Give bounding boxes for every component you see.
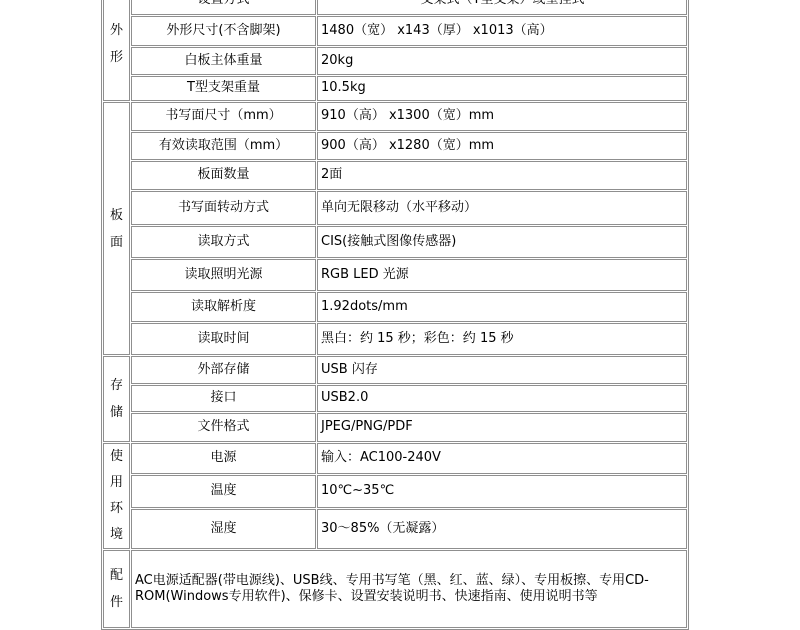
value-panel-movement: 单向无限移动（水平移动） bbox=[317, 191, 687, 225]
row-setup-method: 外形 设置方式 支架式（T型支架）或壁挂式 bbox=[103, 0, 687, 15]
label-power: 电源 bbox=[131, 443, 316, 474]
label-panel-movement: 书写面转动方式 bbox=[131, 191, 316, 225]
row-scan-time: 读取时间 黑白：约 15 秒；彩色：约 15 秒 bbox=[103, 323, 687, 355]
value-temperature: 10℃~35℃ bbox=[317, 475, 687, 508]
label-panel-count: 板面数量 bbox=[131, 161, 316, 190]
value-panel-count: 2面 bbox=[317, 161, 687, 190]
row-writing-size: 板面 书写面尺寸（mm） 910（高） x1300（宽）mm bbox=[103, 102, 687, 131]
row-scan-area: 有效读取范围（mm） 900（高） x1280（宽）mm bbox=[103, 132, 687, 160]
category-cell-environment: 使用环境 bbox=[103, 443, 130, 549]
category-label-board: 板面 bbox=[109, 202, 124, 256]
row-humidity: 湿度 30～85%（无凝露） bbox=[103, 509, 687, 549]
label-light-source: 读取照明光源 bbox=[131, 259, 316, 291]
value-humidity: 30～85%（无凝露） bbox=[317, 509, 687, 549]
category-label-appearance: 外形 bbox=[109, 17, 124, 71]
value-dimensions: 1480（宽） x143（厚） x1013（高） bbox=[317, 16, 687, 46]
row-temperature: 温度 10℃~35℃ bbox=[103, 475, 687, 508]
row-stand-weight: T型支架重量 10.5kg bbox=[103, 76, 687, 101]
category-label-accessories: 配件 bbox=[109, 562, 124, 616]
spec-table-container: 外形 设置方式 支架式（T型支架）或壁挂式 外形尺寸(不含脚架) 1480（宽）… bbox=[101, 0, 689, 630]
value-light-source: RGB LED 光源 bbox=[317, 259, 687, 291]
value-power: 输入：AC100-240V bbox=[317, 443, 687, 474]
row-external-storage: 存储 外部存储 USB 闪存 bbox=[103, 356, 687, 384]
category-cell-board: 板面 bbox=[103, 102, 130, 355]
accessories-text: AC电源适配器(带电源线)、USB线、专用书写笔（黑、红、蓝、绿）、专用板擦、专… bbox=[131, 550, 687, 628]
label-dimensions: 外形尺寸(不含脚架) bbox=[131, 16, 316, 46]
value-setup-method: 支架式（T型支架）或壁挂式 bbox=[317, 0, 687, 15]
label-board-weight: 白板主体重量 bbox=[131, 47, 316, 75]
label-file-format: 文件格式 bbox=[131, 413, 316, 442]
value-external-storage: USB 闪存 bbox=[317, 356, 687, 384]
label-temperature: 温度 bbox=[131, 475, 316, 508]
row-resolution: 读取解析度 1.92dots/mm bbox=[103, 292, 687, 322]
row-panel-count: 板面数量 2面 bbox=[103, 161, 687, 190]
value-scan-time: 黑白：约 15 秒；彩色：约 15 秒 bbox=[317, 323, 687, 355]
value-board-weight: 20kg bbox=[317, 47, 687, 75]
value-writing-size: 910（高） x1300（宽）mm bbox=[317, 102, 687, 131]
row-board-weight: 白板主体重量 20kg bbox=[103, 47, 687, 75]
row-interface: 接口 USB2.0 bbox=[103, 385, 687, 412]
category-cell-storage: 存储 bbox=[103, 356, 130, 442]
label-scan-method: 读取方式 bbox=[131, 226, 316, 258]
label-scan-area: 有效读取范围（mm） bbox=[131, 132, 316, 160]
label-scan-time: 读取时间 bbox=[131, 323, 316, 355]
value-scan-method: CIS(接触式图像传感器) bbox=[317, 226, 687, 258]
row-panel-movement: 书写面转动方式 单向无限移动（水平移动） bbox=[103, 191, 687, 225]
category-cell-appearance: 外形 bbox=[103, 0, 130, 101]
category-label-environment: 使用环境 bbox=[109, 444, 124, 548]
row-light-source: 读取照明光源 RGB LED 光源 bbox=[103, 259, 687, 291]
value-scan-area: 900（高） x1280（宽）mm bbox=[317, 132, 687, 160]
category-label-storage: 存储 bbox=[109, 372, 124, 426]
value-stand-weight: 10.5kg bbox=[317, 76, 687, 101]
label-external-storage: 外部存储 bbox=[131, 356, 316, 384]
label-interface: 接口 bbox=[131, 385, 316, 412]
value-file-format: JPEG/PNG/PDF bbox=[317, 413, 687, 442]
value-resolution: 1.92dots/mm bbox=[317, 292, 687, 322]
label-stand-weight: T型支架重量 bbox=[131, 76, 316, 101]
spec-table: 外形 设置方式 支架式（T型支架）或壁挂式 外形尺寸(不含脚架) 1480（宽）… bbox=[101, 0, 689, 630]
value-interface: USB2.0 bbox=[317, 385, 687, 412]
label-writing-size: 书写面尺寸（mm） bbox=[131, 102, 316, 131]
row-power: 使用环境 电源 输入：AC100-240V bbox=[103, 443, 687, 474]
row-scan-method: 读取方式 CIS(接触式图像传感器) bbox=[103, 226, 687, 258]
row-dimensions: 外形尺寸(不含脚架) 1480（宽） x143（厚） x1013（高） bbox=[103, 16, 687, 46]
row-file-format: 文件格式 JPEG/PNG/PDF bbox=[103, 413, 687, 442]
label-resolution: 读取解析度 bbox=[131, 292, 316, 322]
label-humidity: 湿度 bbox=[131, 509, 316, 549]
row-accessories: 配件 AC电源适配器(带电源线)、USB线、专用书写笔（黑、红、蓝、绿）、专用板… bbox=[103, 550, 687, 628]
category-cell-accessories: 配件 bbox=[103, 550, 130, 628]
label-setup-method: 设置方式 bbox=[131, 0, 316, 15]
